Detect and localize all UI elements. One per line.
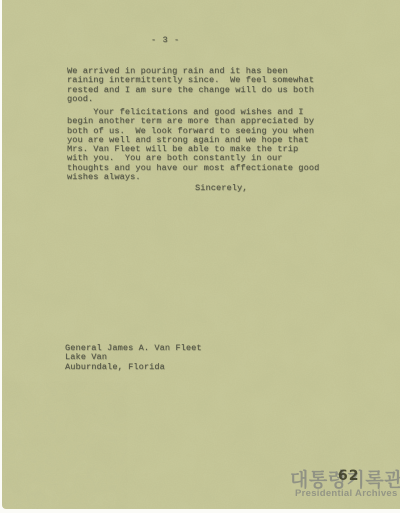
watermark-english: Presidential Archives [295, 488, 398, 499]
letter-paragraph-1: We arrived in pouring rain and it has be… [67, 67, 314, 104]
letter-page: - 3 - We arrived in pouring rain and it … [2, 0, 400, 509]
signature-block: General James A. Van Fleet Lake Van Aubu… [65, 344, 202, 372]
page-number: - 3 - [151, 36, 180, 45]
closing-sincerely: Sincerely, [195, 184, 248, 193]
letter-paragraph-2: Your felicitations and good wishes and I… [67, 108, 319, 182]
page-stamp-number: 62 [338, 468, 359, 484]
